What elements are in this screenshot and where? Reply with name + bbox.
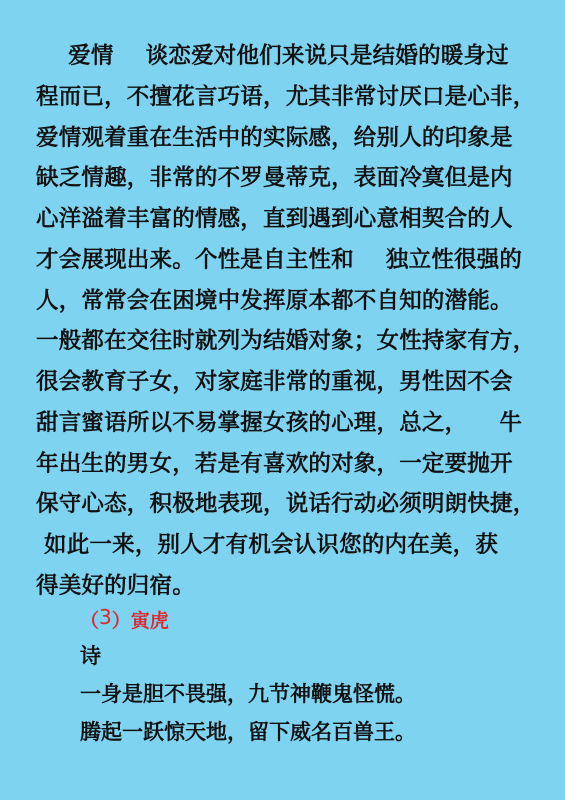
heading-title: 寅虎	[131, 610, 169, 632]
paragraph-line: 缺乏情趣，非常的不罗曼蒂克，表面冷寞但是内	[36, 158, 536, 199]
heading-number: 3	[99, 605, 112, 629]
paragraph-line: 得美好的归宿。	[36, 566, 536, 607]
paragraph-line: 年出生的男女，若是有喜欢的对象，一定要抛开	[36, 444, 536, 485]
heading-close-paren: ）	[112, 610, 131, 632]
paragraph-line: 才会展现出来。个性是自主性和 独立性很强的	[36, 240, 536, 281]
section-heading: （3）寅虎	[80, 604, 540, 637]
tiger-section: （3）寅虎 诗 一身是胆不畏强，九节神鞭鬼怪慌。 腾起一跃惊天地，留下威名百兽王…	[80, 604, 540, 751]
paragraph-line: 如此一来，别人才有机会认识您的内在美，获	[36, 525, 536, 566]
poem-line: 一身是胆不畏强，九节神鞭鬼怪慌。	[80, 675, 540, 713]
paragraph-line: 爱情 谈恋爱对他们来说只是结婚的暖身过	[36, 36, 536, 77]
paragraph-line: 保守心态，积极地表现，说话行动必须明朗快捷，	[36, 484, 536, 525]
document-page: 爱情 谈恋爱对他们来说只是结婚的暖身过 程而已，不擅花言巧语，尤其非常讨厌口是心…	[0, 0, 565, 800]
paragraph-line: 心洋溢着丰富的情感，直到遇到心意相契合的人	[36, 199, 536, 240]
paragraph-line: 人，常常会在困境中发挥原本都不自知的潜能。	[36, 281, 536, 322]
poem-label: 诗	[80, 637, 540, 675]
paragraph-line: 很会教育子女，对家庭非常的重视，男性因不会	[36, 362, 536, 403]
paragraph-line: 程而已，不擅花言巧语，尤其非常讨厌口是心非，	[36, 77, 536, 118]
paragraph-line: 一般都在交往时就列为结婚对象；女性持家有方，	[36, 321, 536, 362]
poem-line: 腾起一跃惊天地，留下威名百兽王。	[80, 713, 540, 751]
paragraph-line: 爱情观着重在生活中的实际感，给别人的印象是	[36, 118, 536, 159]
heading-open-paren: （	[80, 610, 99, 632]
zodiac-love-paragraph: 爱情 谈恋爱对他们来说只是结婚的暖身过 程而已，不擅花言巧语，尤其非常讨厌口是心…	[36, 36, 536, 607]
paragraph-line: 甜言蜜语所以不易掌握女孩的心理，总之， 牛	[36, 403, 536, 444]
